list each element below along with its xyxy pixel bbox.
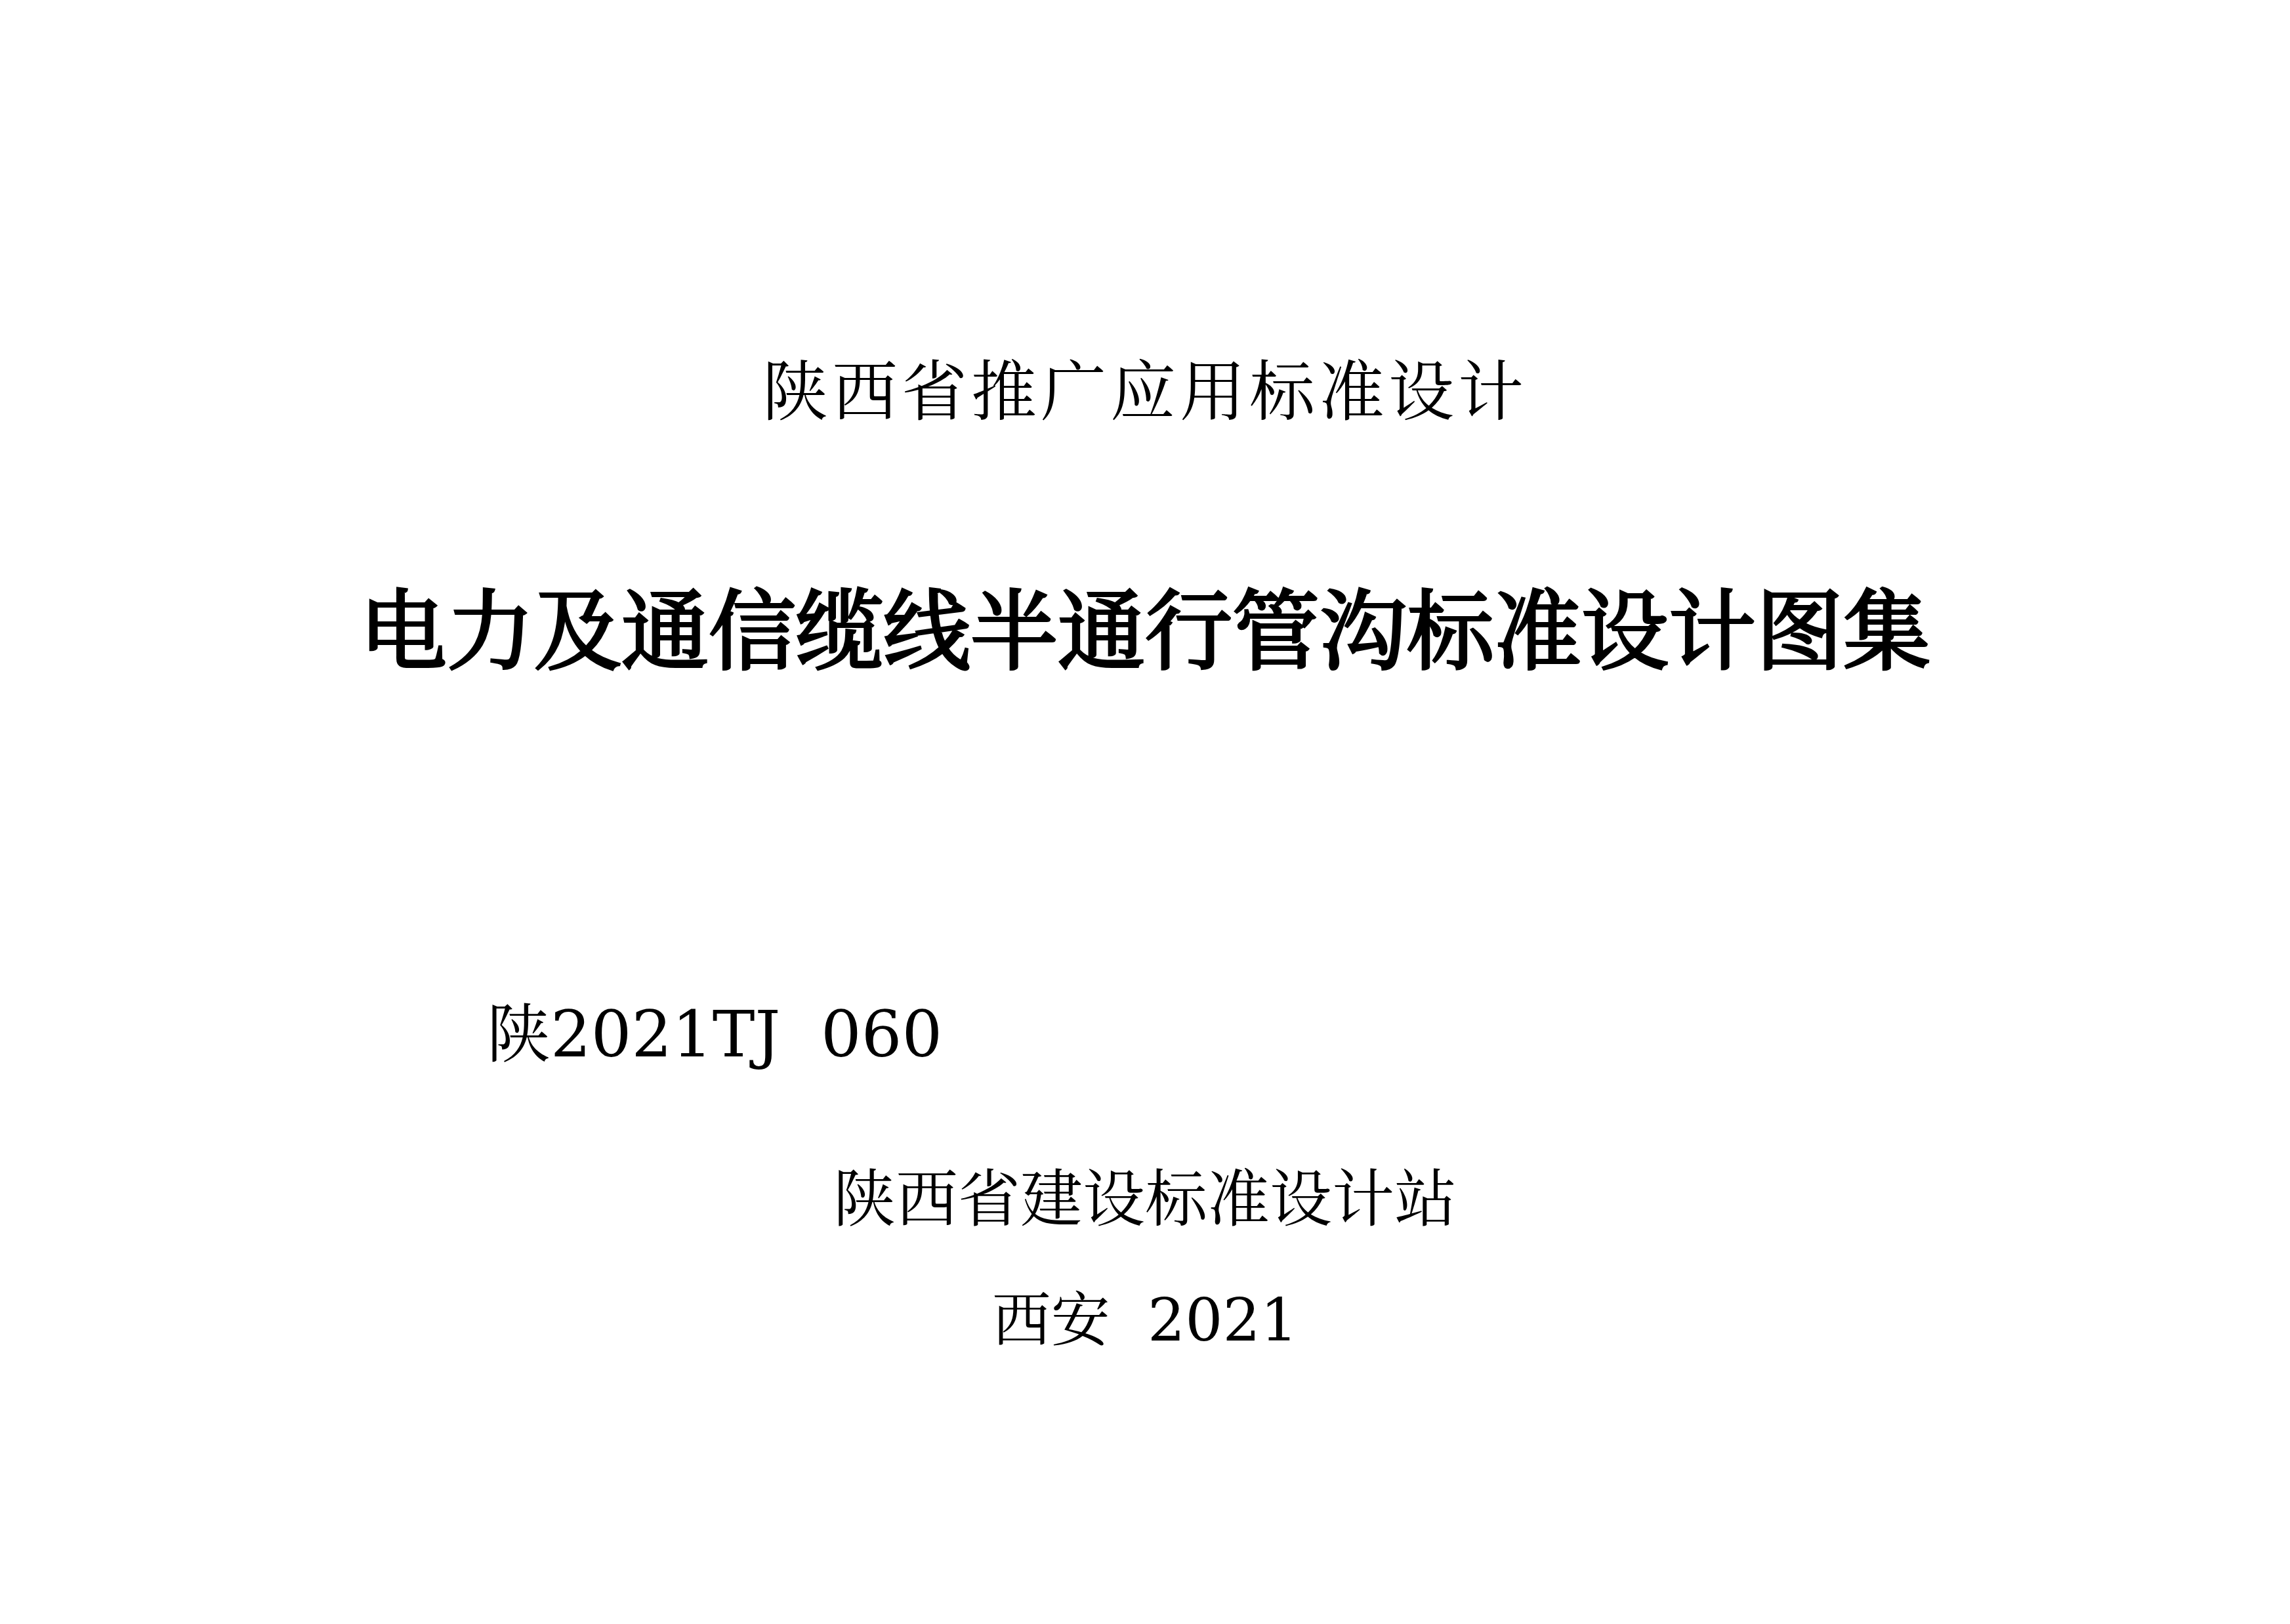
document-number: 陕2021TJ 060 (487, 1003, 942, 1066)
series-label: 陕西省推广应用标准设计 (762, 360, 1528, 425)
document-title: 电力及通信缆线半通行管沟标准设计图集 (360, 589, 1930, 676)
place-and-year: 西安 2021 (992, 1291, 1298, 1350)
standard-design-cover-page: 陕西省推广应用标准设计 电力及通信缆线半通行管沟标准设计图集 陕2021TJ 0… (0, 0, 2290, 1624)
publisher-name: 陕西省建设标准设计站 (833, 1169, 1457, 1232)
